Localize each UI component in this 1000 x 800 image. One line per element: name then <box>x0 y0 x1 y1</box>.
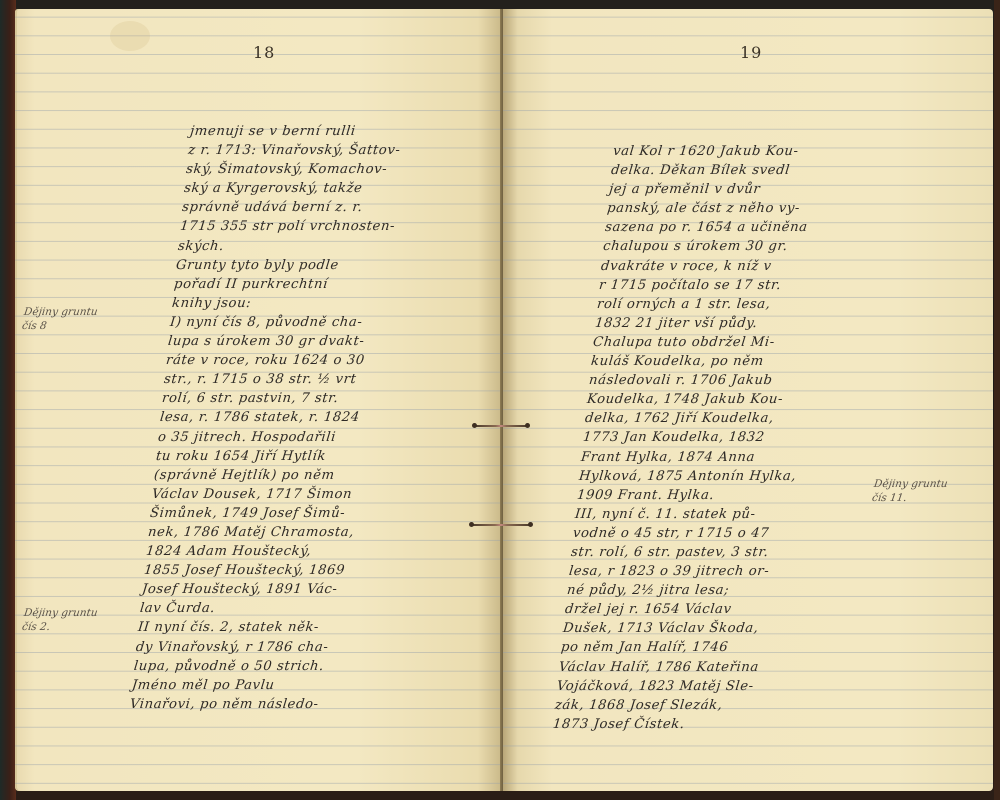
text-line: držel jej r. 1654 Václav <box>564 600 886 619</box>
text-line: jmenuji se v berní rulli <box>189 122 502 141</box>
margin-note-line: Dějiny gruntu <box>23 606 98 620</box>
text-line: lesa, r 1823 o 39 jitrech or- <box>568 562 890 581</box>
text-line: pořadí II purkrechtní <box>173 275 502 294</box>
text-line: Frant Hylka, 1874 Anna <box>580 448 902 467</box>
text-line: lesa, r. 1786 statek, r. 1824 <box>159 408 491 427</box>
text-line: rolí orných a 1 str. lesa, <box>596 295 918 314</box>
text-line: 1873 Josef Čístek. <box>552 715 874 734</box>
text-line: panský, ale část z něho vy- <box>606 199 928 218</box>
margin-note-cis-2: Dějiny gruntu čís 2. <box>21 606 98 634</box>
text-line: kuláš Koudelka, po něm <box>590 352 912 371</box>
cover-spine-edge <box>0 0 16 800</box>
text-line: Dušek, 1713 Václav Škoda, <box>562 619 884 638</box>
text-line: sazena po r. 1654 a učiněna <box>604 218 926 237</box>
binding-stitch-upper <box>474 425 528 427</box>
text-line: Grunty tyto byly podle <box>175 256 502 275</box>
margin-note-line: Dějiny gruntu <box>23 305 98 319</box>
text-line: 1773 Jan Koudelka, 1832 <box>582 428 904 447</box>
text-line: rolí, 6 str. pastvin, 7 str. <box>161 389 493 408</box>
text-line: Václav Halíř, 1786 Kateřina <box>558 658 880 677</box>
text-line: ský, Šimatovský, Komachov- <box>185 160 502 179</box>
text-line: následovali r. 1706 Jakub <box>588 371 910 390</box>
binding-stitch-lower <box>471 524 531 526</box>
text-line: I) nyní čís 8, původně cha- <box>169 313 501 332</box>
text-line: dy Vinařovský, r 1786 cha- <box>135 638 467 657</box>
text-line: Vojáčková, 1823 Matěj Sle- <box>556 677 878 696</box>
text-line: dvakráte v roce, k níž v <box>600 257 922 276</box>
text-line: 1824 Adam Houštecký, <box>145 542 477 561</box>
text-line: str. rolí, 6 str. pastev, 3 str. <box>570 543 892 562</box>
text-line: Josef Houštecký, 1891 Vác- <box>141 580 473 599</box>
margin-note-line: čís 2. <box>21 620 96 634</box>
text-line: tu roku 1654 Jiří Hytlík <box>155 447 487 466</box>
page-number: 18 <box>253 43 275 62</box>
text-line: lupa s úrokem 30 gr dvakt- <box>167 332 499 351</box>
text-line: val Kol r 1620 Jakub Kou- <box>612 142 934 161</box>
text-line: o 35 jitrech. Hospodařili <box>157 428 489 447</box>
text-line: delka. Děkan Bílek svedl <box>610 161 932 180</box>
text-line: delka, 1762 Jiří Koudelka, <box>584 409 906 428</box>
text-line: 1909 Frant. Hylka. <box>576 486 898 505</box>
text-line: Chalupa tuto obdržel Mi- <box>592 333 914 352</box>
text-line: ských. <box>177 237 502 256</box>
text-line: ský a Kyrgerovský, takže <box>183 179 502 198</box>
text-line: zák, 1868 Josef Slezák, <box>554 696 876 715</box>
text-line: Koudelka, 1748 Jakub Kou- <box>586 390 908 409</box>
text-line: r 1715 počítalo se 17 str. <box>598 276 920 295</box>
text-line: Vinařovi, po něm následo- <box>129 695 461 714</box>
text-line: (správně Hejtlík) po něm <box>153 466 485 485</box>
text-line: Jméno měl po Pavlu <box>131 676 463 695</box>
text-line: III, nyní č. 11. statek pů- <box>574 505 896 524</box>
text-line: lav Čurda. <box>139 599 471 618</box>
text-line: nek, 1786 Matěj Chramosta, <box>147 523 479 542</box>
left-page: 18 Dějiny gruntu čís 8 Dějiny gruntu čís… <box>15 9 502 791</box>
text-line: II nyní čís. 2, statek něk- <box>137 618 469 637</box>
text-line: str., r. 1715 o 38 str. ½ vrt <box>163 370 495 389</box>
text-line: jej a přeměnil v dvůr <box>608 180 930 199</box>
cover-right-edge <box>994 0 1000 800</box>
text-line: 1855 Josef Houštecký, 1869 <box>143 561 475 580</box>
text-line: Hylková, 1875 Antonín Hylka, <box>578 467 900 486</box>
margin-note-cis-8: Dějiny gruntu čís 8 <box>21 305 98 333</box>
text-line: vodně o 45 str, r 1715 o 47 <box>572 524 894 543</box>
margin-note-line: čís 8 <box>21 319 96 333</box>
text-line: chalupou s úrokem 30 gr. <box>602 237 924 256</box>
paper-stain <box>110 21 150 51</box>
handwritten-text: val Kol r 1620 Jakub Kou- delka. Děkan B… <box>552 142 934 734</box>
handwritten-text: jmenuji se v berní rulli z r. 1713: Vina… <box>129 122 502 714</box>
text-line: knihy jsou: <box>171 294 502 313</box>
text-line: 1715 355 str polí vrchnosten- <box>179 217 502 236</box>
page-number: 19 <box>740 43 762 62</box>
text-line: po něm Jan Halíř, 1746 <box>560 638 882 657</box>
text-line: správně udává berní z. r. <box>181 198 502 217</box>
text-line: né půdy, 2½ jitra lesa; <box>566 581 888 600</box>
text-line: ráte v roce, roku 1624 o 30 <box>165 351 497 370</box>
right-page: 19 Dějiny gruntu čís 11. val Kol r 1620 … <box>503 9 993 791</box>
text-line: Šimůnek, 1749 Josef Šimů- <box>149 504 481 523</box>
text-line: z r. 1713: Vinařovský, Šattov- <box>187 141 502 160</box>
text-line: Václav Dousek, 1717 Šimon <box>151 485 483 504</box>
text-line: lupa, původně o 50 strich. <box>133 657 465 676</box>
text-line: 1832 21 jiter vší půdy. <box>594 314 916 333</box>
